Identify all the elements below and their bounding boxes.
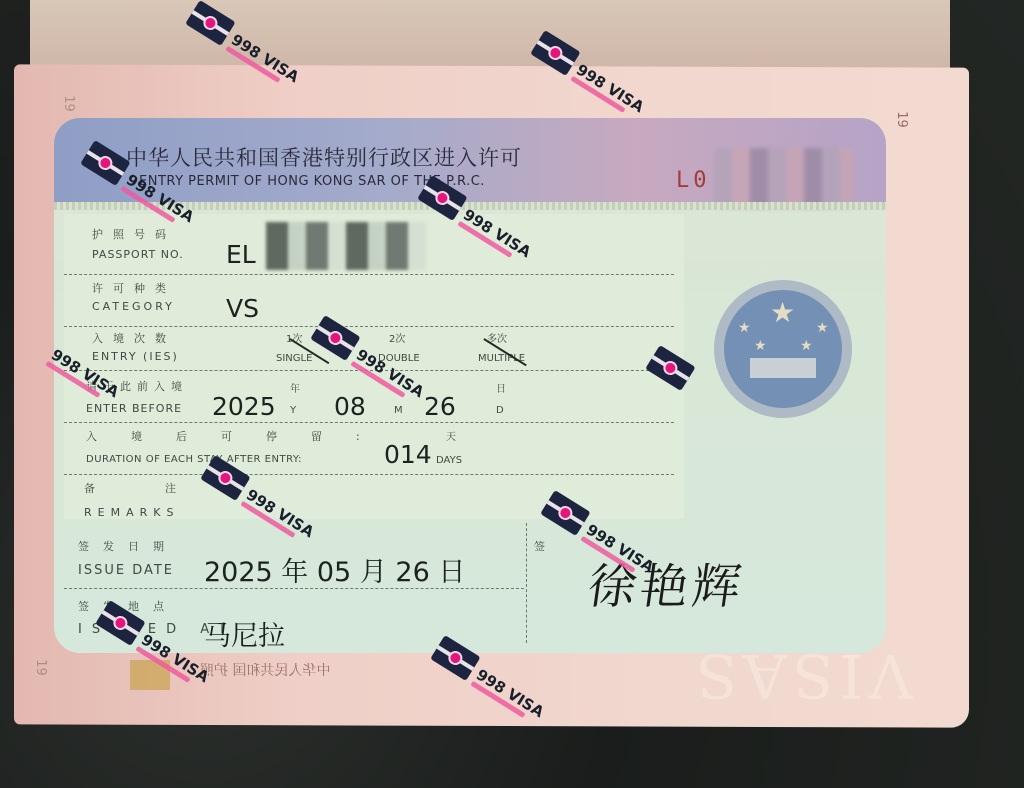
star-icon: ★ bbox=[816, 320, 829, 336]
star-icon: ★ bbox=[770, 296, 795, 329]
unit-year-en: Y bbox=[290, 405, 296, 416]
divider bbox=[64, 326, 674, 327]
tiananmen-gate-icon bbox=[750, 358, 816, 378]
star-icon: ★ bbox=[754, 338, 767, 354]
unit-day-cn: 日 bbox=[496, 380, 506, 395]
redacted-permit-number bbox=[714, 148, 854, 208]
page-number: 19 bbox=[61, 95, 76, 112]
entries-label-en: ENTRY (IES) bbox=[92, 350, 179, 363]
entries-label-cn: 入境次数 bbox=[92, 330, 176, 346]
unit-day-en: D bbox=[496, 405, 504, 416]
passport-no-value: EL bbox=[226, 240, 256, 269]
duration-unit-en: DAYS bbox=[436, 455, 462, 466]
category-label-en: CATEGORY bbox=[92, 300, 175, 313]
star-icon: ★ bbox=[738, 320, 751, 336]
entry-double-cn: 2次 bbox=[389, 330, 405, 345]
page-number: 19 bbox=[894, 111, 909, 128]
category-value: VS bbox=[226, 294, 259, 323]
duration-unit-cn: 天 bbox=[446, 428, 456, 443]
issued-at-value: 马尼拉 bbox=[204, 614, 285, 653]
issue-date-label-en: ISSUE DATE bbox=[78, 563, 174, 578]
enter-before-year: 2025 bbox=[212, 392, 276, 421]
divider bbox=[64, 474, 674, 475]
page-number: 19 bbox=[33, 659, 48, 676]
duration-label-en: DURATION OF EACH STAY AFTER ENTRY: bbox=[86, 454, 302, 465]
permit-number: L0 bbox=[676, 168, 711, 193]
star-icon: ★ bbox=[800, 338, 813, 354]
remarks-label-en: REMARKS bbox=[84, 506, 179, 519]
issue-date-label-cn: 签发日期 bbox=[78, 538, 178, 554]
permit-title-cn: 中华人民共和国香港特别行政区进入许可 bbox=[126, 142, 522, 172]
